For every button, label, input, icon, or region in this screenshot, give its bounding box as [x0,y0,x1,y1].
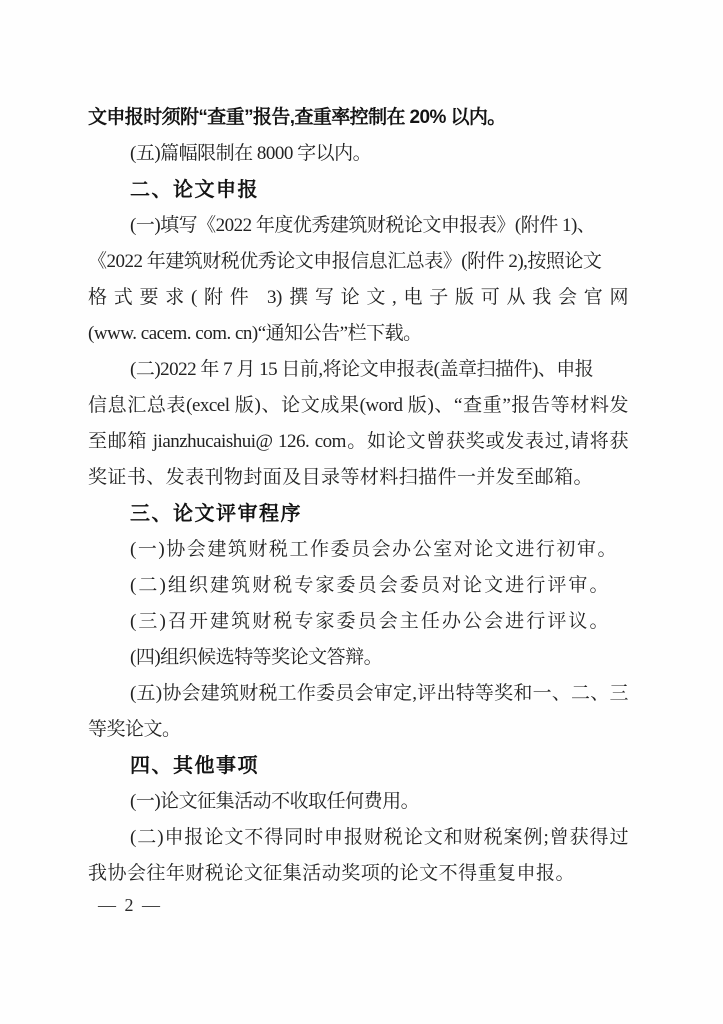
text-line: (五)篇幅限制在 8000 字以内。 [88,136,628,172]
text-line-website: (www. cacem. com. cn)“通知公告”栏下载。 [88,316,628,352]
text-line: 等奖论文。 [88,712,628,748]
text-line: 《2022 年建筑财税优秀论文申报信息汇总表》(附件 2),按照论文 [88,244,628,280]
text-line: (二)申报论文不得同时申报财税论文和财税案例;曾获得过 [88,820,628,856]
section-heading-3: 三、论文评审程序 [88,496,628,532]
section-heading-4: 四、其他事项 [88,748,628,784]
document-text-block: 文申报时须附“查重”报告,查重率控制在 20% 以内。 (五)篇幅限制在 800… [88,100,628,920]
text-line-bold-continuation: 文申报时须附“查重”报告,查重率控制在 20% 以内。 [88,100,628,136]
text-line: 信息汇总表(excel 版)、论文成果(word 版)、“查重”报告等材料发 [88,388,628,424]
text-line: (一)论文征集活动不收取任何费用。 [88,784,628,820]
text-line-email: 至邮箱 jianzhucaishui@ 126. com。如论文曾获奖或发表过,… [88,424,628,460]
text-line: (一)协会建筑财税工作委员会办公室对论文进行初审。 [88,532,628,568]
section-heading-2: 二、论文申报 [88,172,628,208]
text-line: (二)2022 年 7 月 15 日前,将论文申报表(盖章扫描件)、申报 [88,352,628,388]
scanned-document-page: 文申报时须附“查重”报告,查重率控制在 20% 以内。 (五)篇幅限制在 800… [0,0,723,1024]
text-line: 我协会往年财税论文征集活动奖项的论文不得重复申报。 [88,856,628,892]
text-line: (四)组织候选特等奖论文答辩。 [88,640,628,676]
text-line: (二)组织建筑财税专家委员会委员对论文进行评审。 [88,568,628,604]
text-line: (一)填写《2022 年度优秀建筑财税论文申报表》(附件 1)、 [88,208,628,244]
text-line: (三)召开建筑财税专家委员会主任办公会进行评议。 [88,604,628,640]
text-line: 奖证书、发表刊物封面及目录等材料扫描件一并发至邮箱。 [88,460,628,496]
text-line: (五)协会建筑财税工作委员会审定,评出特等奖和一、二、三 [88,676,628,712]
text-line: 格式要求(附件 3)撰写论文,电子版可从我会官网 [88,280,628,316]
page-number: — 2 — [88,890,628,920]
